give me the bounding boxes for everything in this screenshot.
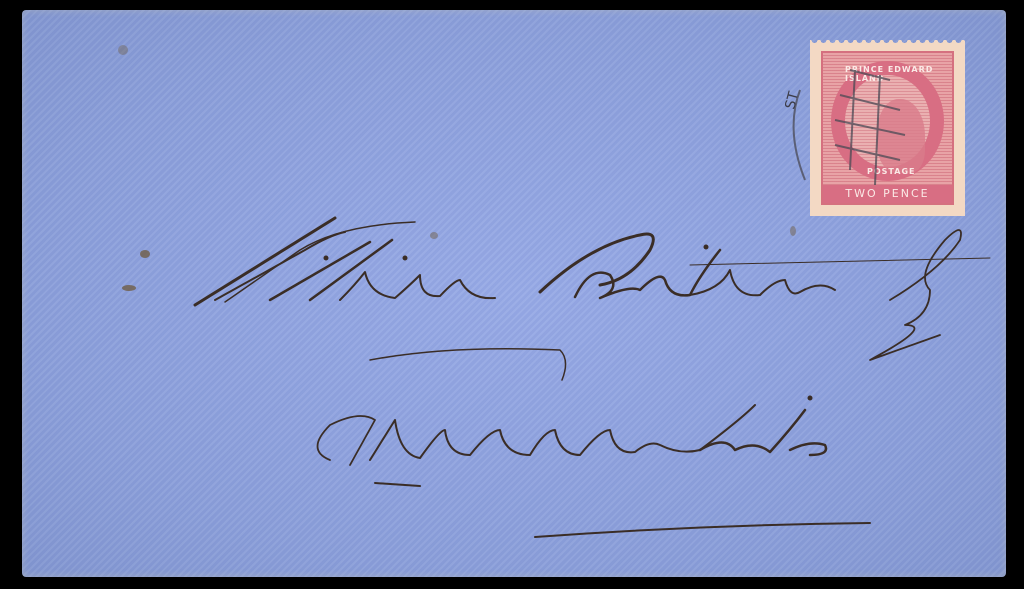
address-text: William Bairstow Esq Summerside xyxy=(0,0,1,1)
address-line-1: William Bairstow Esq xyxy=(0,0,1,1)
ink-stain xyxy=(140,250,150,258)
queen-victoria-portrait xyxy=(877,99,925,173)
stamp-frame: PRINCE EDWARD ISLAND POSTAGE TWO PENCE xyxy=(821,51,954,205)
ink-stain xyxy=(118,45,128,55)
stamp-postage-inscription: POSTAGE xyxy=(867,167,915,176)
ink-stain xyxy=(790,226,796,236)
postage-stamp: PRINCE EDWARD ISLAND POSTAGE TWO PENCE xyxy=(810,40,965,216)
ink-stain xyxy=(122,285,136,291)
stamp-top-inscription: PRINCE EDWARD ISLAND xyxy=(845,65,952,83)
stamp-value-label: TWO PENCE xyxy=(823,185,952,203)
ink-stain xyxy=(430,232,438,239)
